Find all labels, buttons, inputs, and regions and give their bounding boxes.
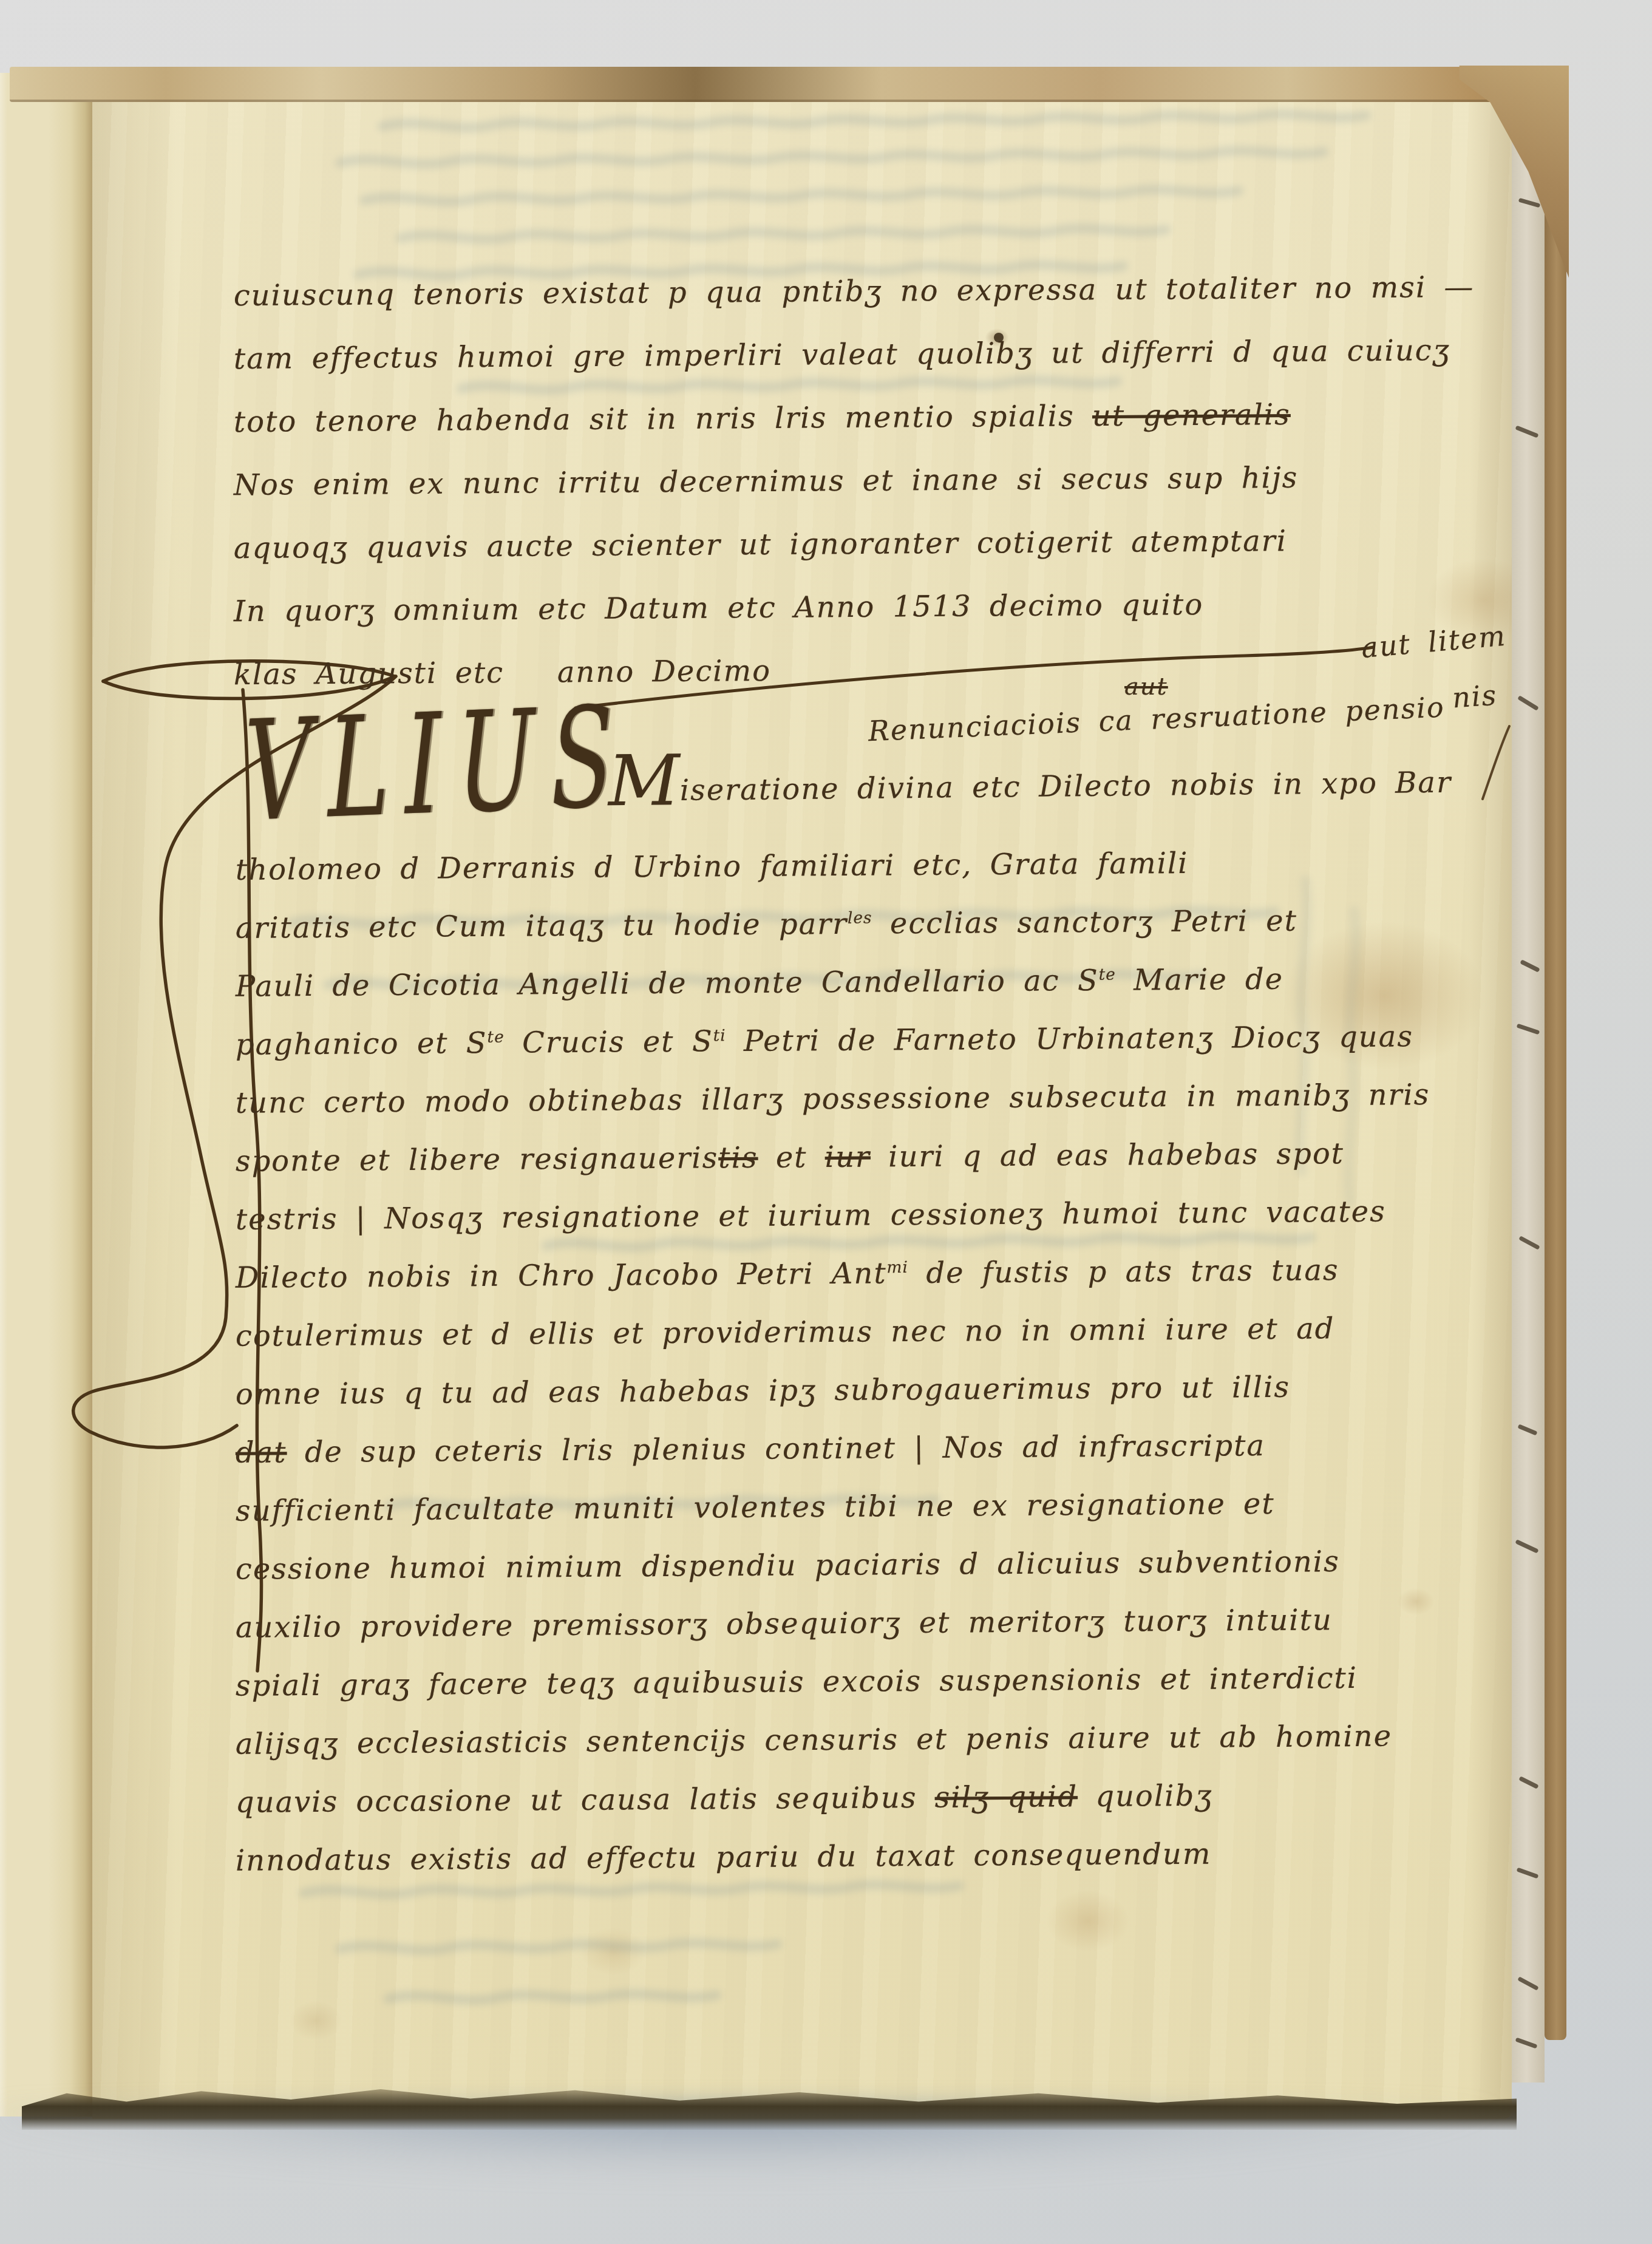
manuscript-text-line: sponte et libere resignaueristis et iur … xyxy=(236,1136,1430,1203)
book-fore-edge xyxy=(1545,152,1566,2040)
struck-text: iur xyxy=(825,1140,871,1175)
struck-text: ut generalis xyxy=(1092,398,1291,433)
text-segment: toto tenore habenda sit in nris lris men… xyxy=(234,399,1093,439)
manuscript-text-line: alijsqʒ ecclesiasticis sentencijs censur… xyxy=(236,1719,1430,1786)
manuscript-text-line: omne ius q tu ad eas habebas ipʒ subroga… xyxy=(236,1369,1430,1436)
manuscript-text-line: aquoqʒ quavis aucte scienter ut ignorant… xyxy=(234,523,1475,594)
text-segment: auxilio providere premissorʒ obsequiorʒ … xyxy=(236,1603,1333,1645)
struck-text: tis xyxy=(718,1141,758,1175)
superscript-abbreviation: les xyxy=(848,908,872,927)
text-segment: quavis occasione ut causa latis sequibus xyxy=(236,1781,935,1820)
text-segment: aquoqʒ quavis aucte scienter ut ignorant… xyxy=(234,524,1288,565)
text-segment: et xyxy=(758,1140,825,1175)
manuscript-text-line: spiali graʒ facere teqʒ aquibusuis excoi… xyxy=(236,1661,1430,1727)
text-segment: iuri q ad eas habebas spot xyxy=(871,1137,1344,1174)
text-segment: de sup ceteris lris plenius continet | N… xyxy=(287,1429,1265,1469)
manuscript-text-line: innodatus existis ad effectu pariu du ta… xyxy=(236,1835,1430,1902)
superscript-abbreviation: mi xyxy=(886,1258,908,1277)
text-segment: Nos enim ex nunc irritu decernimus et in… xyxy=(234,461,1299,502)
text-segment: quolibʒ xyxy=(1078,1779,1213,1814)
text-segment: spiali graʒ facere teqʒ aquibusuis excoi… xyxy=(236,1661,1358,1703)
text-segment: Pauli de Cicotia Angelli de monte Candel… xyxy=(236,964,1099,1004)
text-segment: tholomeo d Derranis d Urbino familiari e… xyxy=(236,846,1189,887)
text-segment: Dilecto nobis in Chro Jacobo Petri Ant xyxy=(236,1256,887,1294)
manuscript-text-line: testris | Nosqʒ resignatione et iurium c… xyxy=(236,1194,1430,1261)
manuscript-text-line: auxilio providere premissorʒ obsequiorʒ … xyxy=(236,1602,1430,1669)
entry-end-text-block: cuiuscunq tenoris existat p qua pntibʒ n… xyxy=(234,274,1475,716)
struck-text: dat xyxy=(236,1435,287,1470)
text-segment: cotulerimus et d ellis et providerimus n… xyxy=(236,1311,1335,1353)
manuscript-text-line: Dilecto nobis in Chro Jacobo Petri Antmi… xyxy=(236,1253,1430,1319)
deckled-top-edge xyxy=(10,67,1568,102)
interlinear-struck-word: aut xyxy=(1124,673,1168,701)
page-stack-edge xyxy=(1512,91,1545,2082)
manuscript-text-line: tholomeo d Derranis d Urbino familiari e… xyxy=(236,845,1430,911)
text-segment: aritatis etc Cum itaqʒ tu hodie parr xyxy=(236,907,848,945)
manuscript-text-line: dat de sup ceteris lris plenius continet… xyxy=(236,1427,1430,1494)
manuscript-text-line: cuiuscunq tenoris existat p qua pntibʒ n… xyxy=(234,270,1475,342)
manuscript-text-line: tam effectus humoi gre imperliri valeat … xyxy=(234,333,1475,405)
struck-text: silʒ quid xyxy=(934,1780,1078,1815)
text-segment: cessione humoi nimium dispendiu paciaris… xyxy=(236,1545,1340,1586)
superscript-abbreviation: ti xyxy=(713,1026,726,1045)
superscript-abbreviation: te xyxy=(487,1028,504,1047)
manuscript-text-line: cessione humoi nimium dispendiu paciaris… xyxy=(236,1544,1430,1611)
text-segment: cuiuscunq tenoris existat p qua pntibʒ n… xyxy=(234,270,1475,313)
superscript-abbreviation: te xyxy=(1099,965,1116,984)
text-segment: Crucis et S xyxy=(505,1024,713,1059)
text-segment: sponte et libere resignaueris xyxy=(236,1141,719,1178)
entry-text-block: tholomeo d Derranis d Urbino familiari e… xyxy=(236,849,1430,1898)
manuscript-text-line: aritatis etc Cum itaqʒ tu hodie parrles … xyxy=(236,903,1430,970)
manuscript-text-line: tunc certo modo obtinebas illarʒ possess… xyxy=(236,1078,1430,1144)
manuscript-text-line: toto tenore habenda sit in nris lris men… xyxy=(234,396,1475,468)
text-segment: omne ius q tu ad eas habebas ipʒ subroga… xyxy=(236,1370,1291,1412)
text-segment: sufficienti facultate muniti volentes ti… xyxy=(236,1487,1275,1528)
manuscript-text-line: Nos enim ex nunc irritu decernimus et in… xyxy=(234,460,1475,531)
text-segment: innodatus existis ad effectu pariu du ta… xyxy=(236,1837,1212,1878)
text-segment: In quorʒ omnium etc Datum etc Anno 1513 … xyxy=(234,588,1204,628)
text-segment: paghanico et S xyxy=(236,1026,488,1062)
manuscript-text-line: Pauli de Cicotia Angelli de monte Candel… xyxy=(236,961,1430,1028)
manuscript-text-line: paghanico et Ste Crucis et Sti Petri de … xyxy=(236,1019,1430,1086)
scan-background: cuiuscunq tenoris existat p qua pntibʒ n… xyxy=(0,0,1652,2244)
manuscript-text-line: quavis occasione ut causa latis sequibus… xyxy=(236,1777,1430,1844)
manuscript-text-line: cotulerimus et d ellis et providerimus n… xyxy=(236,1311,1430,1378)
text-segment: testris | Nosqʒ resignatione et iurium c… xyxy=(236,1195,1386,1237)
manuscript-text-line: sufficienti facultate muniti volentes ti… xyxy=(236,1486,1430,1552)
decorated-initial: VLIUS xyxy=(244,688,631,841)
text-segment: ecclias sanctorʒ Petri et xyxy=(872,904,1297,941)
text-segment: de fustis p ats tras tuas xyxy=(908,1253,1339,1290)
facing-page-gutter xyxy=(0,73,92,2116)
manuscript-text-line: In quorʒ omnium etc Datum etc Anno 1513 … xyxy=(234,586,1475,658)
text-segment: Petri de Farneto Urbinatenʒ Diocʒ quas xyxy=(726,1019,1414,1058)
text-segment: M xyxy=(608,740,680,822)
text-segment: alijsqʒ ecclesiasticis sentencijs censur… xyxy=(236,1719,1393,1761)
heading-wrap-fragment: nis xyxy=(1451,678,1498,714)
text-segment: Marie de xyxy=(1116,962,1284,998)
